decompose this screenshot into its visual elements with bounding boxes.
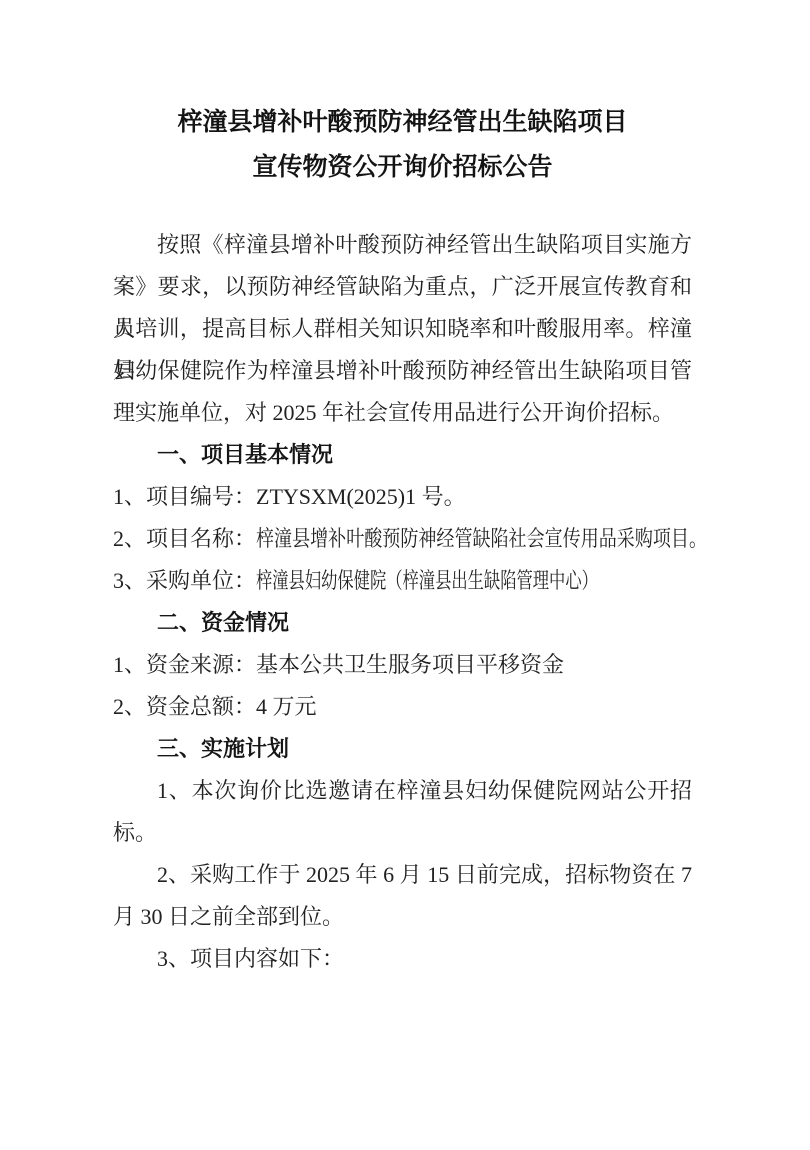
plan-item-2-line-2: 月 30 日之前全部到位。 (113, 896, 692, 938)
title-line-1: 梓潼县增补叶酸预防神经管出生缺陷项目 (113, 100, 692, 145)
intro-line-3: 员培训，提高目标人群相关知识知晓率和叶酸服用率。梓潼县 (113, 308, 692, 350)
intro-line-5: 理实施单位，对 2025 年社会宣传用品进行公开询价招标。 (113, 392, 692, 434)
project-number-item: 1、项目编号：ZTYSXM(2025)1 号。 (113, 476, 692, 518)
project-name-item: 2、项目名称：梓潼县增补叶酸预防神经管缺陷社会宣传用品采购项目。 (113, 518, 692, 560)
project-name-value: 梓潼县增补叶酸预防神经管缺陷社会宣传用品采购项目。 (256, 518, 707, 560)
document-body: 按照《梓潼县增补叶酸预防神经管出生缺陷项目实施方 案》要求，以预防神经管缺陷为重… (113, 224, 692, 980)
title-line-2: 宣传物资公开询价招标公告 (113, 145, 692, 190)
purchaser-label: 3、采购单位： (113, 568, 256, 593)
section-3-heading: 三、实施计划 (113, 728, 692, 770)
purchaser-item: 3、采购单位：梓潼县妇幼保健院（梓潼县出生缺陷管理中心） (113, 560, 692, 602)
section-2-heading: 二、资金情况 (113, 602, 692, 644)
plan-item-2-line-1: 2、采购工作于 2025 年 6 月 15 日前完成，招标物资在 7 (113, 854, 692, 896)
funding-source-item: 1、资金来源：基本公共卫生服务项目平移资金 (113, 644, 692, 686)
plan-item-1-line-2: 标。 (113, 812, 692, 854)
plan-item-3: 3、项目内容如下： (113, 938, 692, 980)
section-1-heading: 一、项目基本情况 (113, 434, 692, 476)
purchaser-value: 梓潼县妇幼保健院（梓潼县出生缺陷管理中心） (256, 560, 598, 602)
intro-line-4: 妇幼保健院作为梓潼县增补叶酸预防神经管出生缺陷项目管 (113, 350, 692, 392)
plan-item-1: 1、本次询价比选邀请在梓潼县妇幼保健院网站公开招 标。 (113, 770, 692, 854)
intro-line-2: 案》要求，以预防神经管缺陷为重点，广泛开展宣传教育和人 (113, 266, 692, 308)
document-title: 梓潼县增补叶酸预防神经管出生缺陷项目 宣传物资公开询价招标公告 (113, 0, 692, 190)
plan-item-2: 2、采购工作于 2025 年 6 月 15 日前完成，招标物资在 7 月 30 … (113, 854, 692, 938)
intro-paragraph: 按照《梓潼县增补叶酸预防神经管出生缺陷项目实施方 案》要求，以预防神经管缺陷为重… (113, 224, 692, 434)
document-page: 梓潼县增补叶酸预防神经管出生缺陷项目 宣传物资公开询价招标公告 按照《梓潼县增补… (0, 0, 810, 1150)
funding-total-item: 2、资金总额：4 万元 (113, 686, 692, 728)
plan-item-1-line-1: 1、本次询价比选邀请在梓潼县妇幼保健院网站公开招 (113, 770, 692, 812)
intro-line-1: 按照《梓潼县增补叶酸预防神经管出生缺陷项目实施方 (113, 224, 692, 266)
project-name-label: 2、项目名称： (113, 526, 256, 551)
